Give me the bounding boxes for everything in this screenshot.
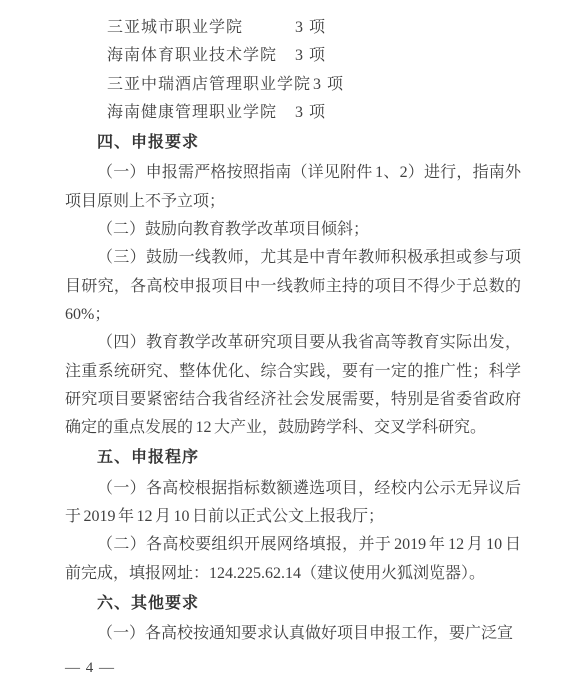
paragraph: （三）鼓励一线教师，尤其是中青年教师积极承担或参与项目研究，各高校申报项目中一线… [65, 244, 521, 329]
college-count: 3 项 [293, 14, 326, 42]
paragraph: （四）教育教学改革研究项目要从我省高等教育实际出发，注重系统研究、整体优化、综合… [65, 329, 521, 442]
college-name: 海南体育职业技术学院 [107, 42, 293, 70]
college-count: 3 项 [293, 42, 326, 70]
college-row: 三亚城市职业学院 3 项 [107, 14, 521, 42]
document-page: 三亚城市职业学院 3 项 海南体育职业技术学院 3 项 三亚中瑞酒店管理职业学院… [0, 0, 587, 690]
section-heading: 四、申报要求 [65, 129, 521, 157]
section-application-requirements: 四、申报要求 （一）申报需严格按照指南（详见附件 1、2）进行，指南外项目原则上… [65, 129, 521, 442]
paragraph: （二）各高校要组织开展网络填报，并于 2019 年 12 月 10 日前完成，填… [65, 531, 521, 588]
document-content: 三亚城市职业学院 3 项 海南体育职业技术学院 3 项 三亚中瑞酒店管理职业学院… [65, 14, 521, 649]
college-name: 三亚中瑞酒店管理职业学院 [107, 71, 311, 99]
college-row: 海南体育职业技术学院 3 项 [107, 42, 521, 70]
paragraph: （一）各高校按通知要求认真做好项目申报工作，要广泛宣 [65, 620, 521, 648]
college-row: 海南健康管理职业学院 3 项 [107, 99, 521, 127]
paragraph: （一）各高校根据指标数额遴选项目，经校内公示无异议后于 2019 年 12 月 … [65, 475, 521, 532]
college-count: 3 项 [293, 99, 326, 127]
paragraph: （一）申报需严格按照指南（详见附件 1、2）进行，指南外项目原则上不予立项； [65, 159, 521, 216]
section-other-requirements: 六、其他要求 （一）各高校按通知要求认真做好项目申报工作，要广泛宣 [65, 590, 521, 649]
college-name: 海南健康管理职业学院 [107, 99, 293, 127]
college-row: 三亚中瑞酒店管理职业学院 3 项 [107, 71, 521, 99]
college-name: 三亚城市职业学院 [107, 14, 293, 42]
section-application-procedure: 五、申报程序 （一）各高校根据指标数额遴选项目，经校内公示无异议后于 2019 … [65, 444, 521, 587]
page-number: — 4 — [65, 660, 115, 677]
section-heading: 六、其他要求 [65, 590, 521, 618]
paragraph: （二）鼓励向教育教学改革项目倾斜； [65, 216, 521, 244]
section-heading: 五、申报程序 [65, 444, 521, 472]
college-allocation-list: 三亚城市职业学院 3 项 海南体育职业技术学院 3 项 三亚中瑞酒店管理职业学院… [107, 14, 521, 127]
college-count: 3 项 [311, 71, 344, 99]
